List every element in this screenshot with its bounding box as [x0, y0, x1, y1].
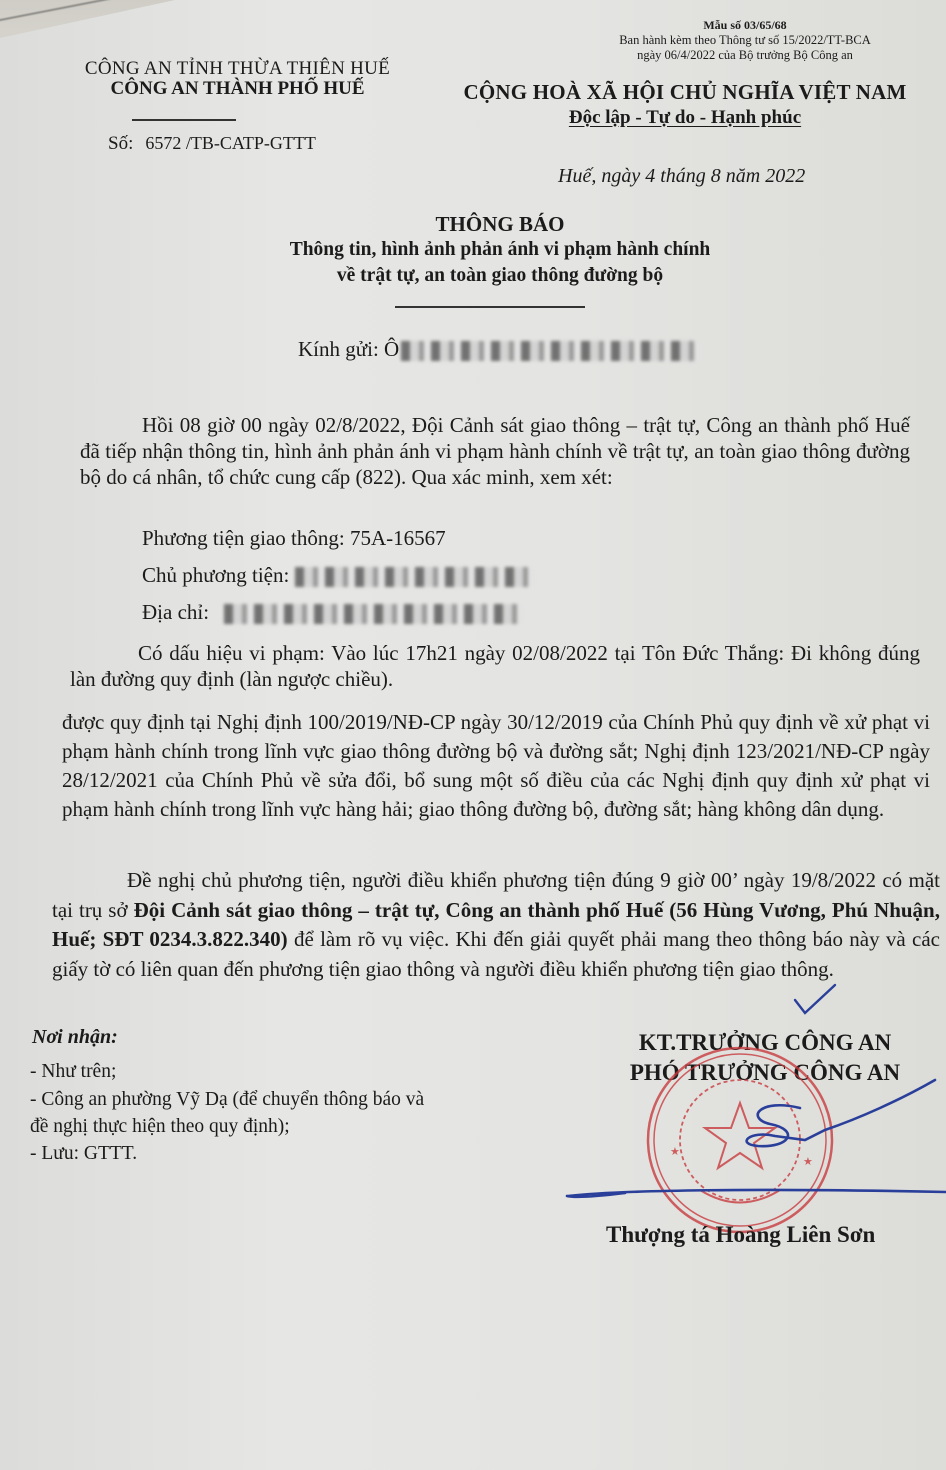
- checkmark-icon: [795, 985, 835, 1013]
- svg-text:★: ★: [803, 1156, 813, 1168]
- svg-text:★: ★: [670, 1146, 680, 1158]
- stamp-and-signature-overlay: ★ ★: [0, 0, 946, 1470]
- signer-name: Thượng tá Hoàng Liên Sơn: [606, 1222, 875, 1248]
- pen-signature-icon: [567, 1080, 946, 1197]
